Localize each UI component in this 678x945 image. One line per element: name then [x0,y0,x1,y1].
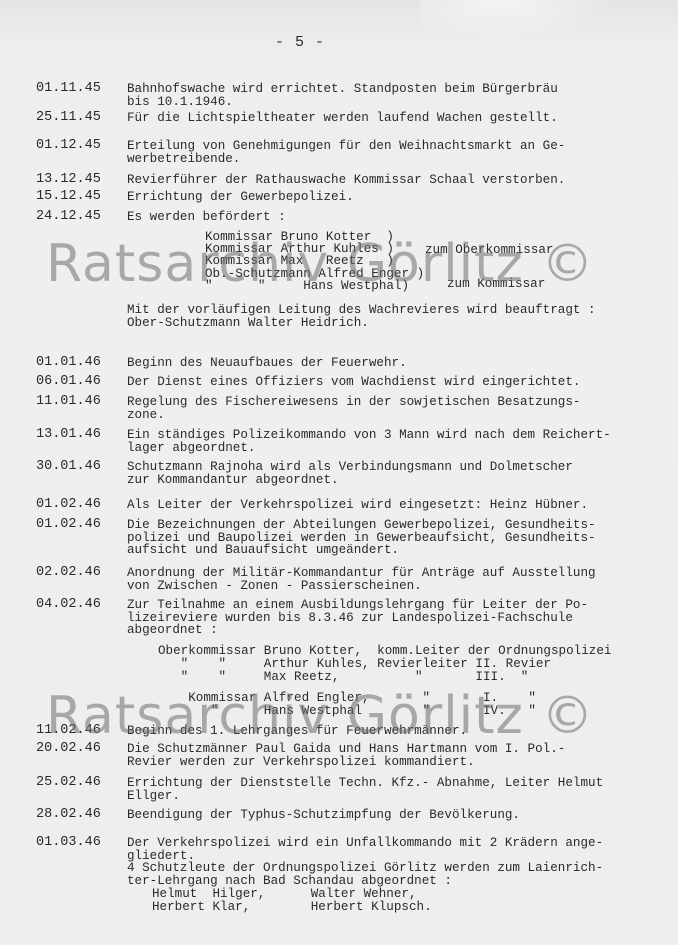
promotion-line: " " Hans Westphal) [205,280,409,293]
entry-text: abgeordnet : [127,624,218,637]
entry-date: 01.11.45 [36,82,101,96]
entry-date: 11.02.46 [36,724,101,738]
entry-date: 25.02.46 [36,776,101,790]
entry-text: Beginn des Neuaufbaues der Feuerwehr. [127,357,407,370]
entry-date: 01.02.46 [36,518,101,532]
training-participant: " Hans Westphal " IV. " [158,705,536,718]
entry-date: 30.01.46 [36,460,101,474]
entry-text: Es werden befördert : [127,211,286,224]
entry-date: 02.02.46 [36,566,101,580]
promotion-note: Ober-Schutzmann Walter Heidrich. [127,317,369,330]
entry-date: 13.01.46 [36,428,101,442]
entry-text: Errichtung der Dienststelle Techn. Kfz.-… [127,777,603,790]
entry-date: 25.11.45 [36,111,101,125]
entry-date: 15.12.45 [36,190,101,204]
entry-text: zur Kommandantur abgeordnet. [127,474,339,487]
laienrichter-participant: Herbert Klar, Herbert Klupsch. [152,901,432,914]
entry-text: Der Verkehrspolizei wird ein Unfallkomma… [127,837,603,850]
entry-date: 04.02.46 [36,598,101,612]
promotion-target: zum Oberkommissar [425,244,553,257]
entry-date: 01.02.46 [36,498,101,512]
entry-text: lager abgeordnet. [127,442,255,455]
page-number: - 5 - [0,34,600,51]
entry-text: werbetreibende. [127,153,240,166]
entry-text: bis 10.1.1946. [127,96,233,109]
entry-date: 11.01.46 [36,395,101,409]
entry-text: Revier werden zur Verkehrspolizei komman… [127,756,475,769]
entry-text: Der Dienst eines Offiziers vom Wachdiens… [127,376,580,389]
entry-text: Errichtung der Gewerbepolizei. [127,191,354,204]
entry-date: 20.02.46 [36,742,101,756]
training-participant: " " Max Reetz, " III. " [158,671,528,684]
entry-date: 28.02.46 [36,808,101,822]
entry-date: 13.12.45 [36,173,101,187]
entry-text: aufsicht und Bauaufsicht umgeändert. [127,544,399,557]
entry-text: Für die Lichtspieltheater werden laufend… [127,112,558,125]
entry-date: 24.12.45 [36,210,101,224]
promotion-target: zum Kommissar [447,278,545,291]
entry-text: Revierführer der Rathauswache Kommissar … [127,174,565,187]
entry-text: Ellger. [127,790,180,803]
entry-date: 01.03.46 [36,836,101,850]
entry-date: 01.01.46 [36,356,101,370]
entry-text: von Zwischen - Zonen - Passierscheinen. [127,580,422,593]
entry-text: ter-Lehrgang nach Bad Schandau abgeordne… [127,875,452,888]
entry-text: Regelung des Fischereiwesens in der sowj… [127,396,580,409]
entry-text: Beginn des 1. Lehrganges für Feuerwehrmä… [127,725,467,738]
entry-date: 01.12.45 [36,139,101,153]
entry-date: 06.01.46 [36,375,101,389]
entry-text: zone. [127,409,165,422]
entry-text: Beendigung der Typhus-Schutzimpfung der … [127,809,520,822]
entry-text: Als Leiter der Verkehrspolizei wird eing… [127,499,588,512]
document-page: - 5 - 01.11.45Bahnhofswache wird erricht… [0,0,678,945]
